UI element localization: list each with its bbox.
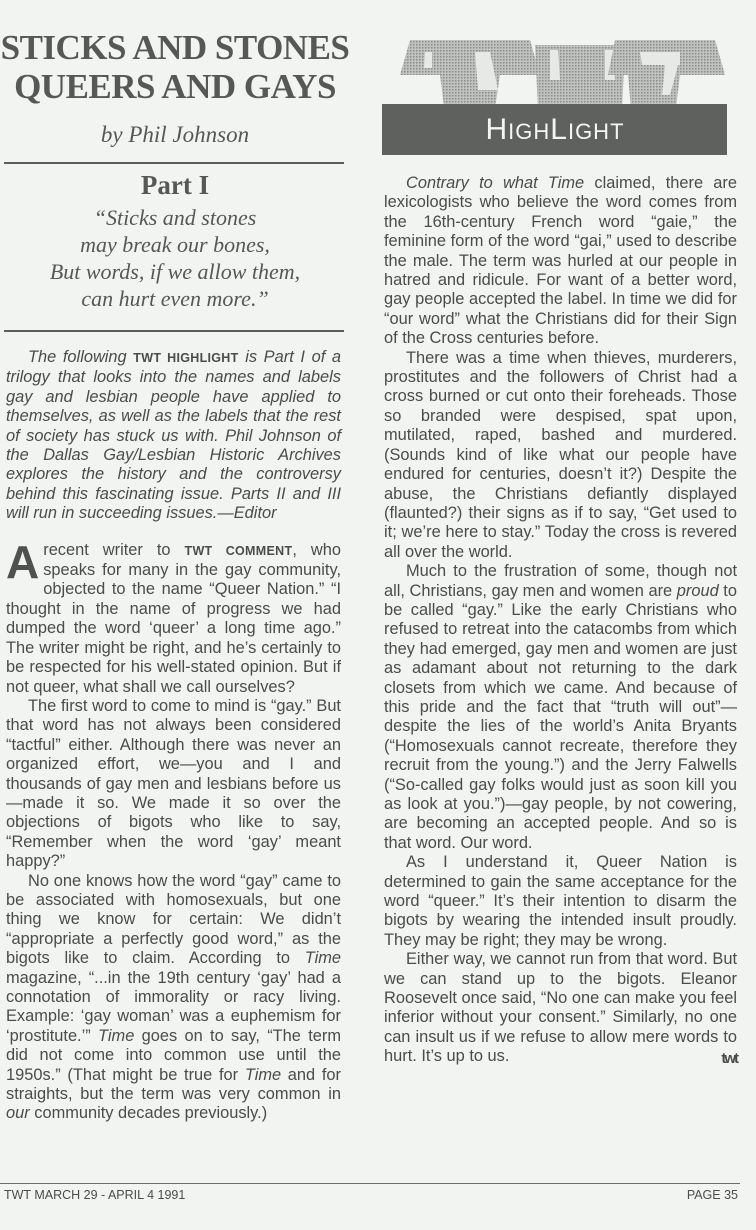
body-paragraph: As I understand it, Queer Nation is dete… [384,853,737,950]
body-paragraph: Contrary to what Time claimed, there are… [384,174,737,349]
epigraph: “Sticks and stones may break our bones, … [0,204,350,312]
epigraph-line: can hurt even more.” [0,285,350,312]
divider-top [4,162,344,164]
highlight-logo: HIGHLIGHT [380,20,756,170]
editor-intro: The following TWT HIGHLIGHT is Part I of… [6,348,341,524]
divider-bottom [4,330,344,332]
body-paragraph: The first word to come to mind is “gay.”… [6,697,341,872]
drop-cap: A [6,543,39,581]
headline-line-1: STICKS AND STONES [0,28,350,67]
footer-divider [0,1183,740,1184]
epigraph-line: “Sticks and stones [0,204,350,231]
left-column: The following TWT HIGHLIGHT is Part I of… [6,348,341,1124]
headline: STICKS AND STONES QUEERS AND GAYS [0,28,350,106]
body-paragraph: No one knows how the word “gay” came to … [6,872,341,1124]
body-paragraph: There was a time when thieves, murderers… [384,349,737,562]
body-paragraph: Either way, we cannot run from that word… [384,950,737,1066]
footer-issue-date: TWT MARCH 29 - APRIL 4 1991 [4,1188,185,1202]
footer-page-number: PAGE 35 [687,1188,738,1202]
body-paragraph: A recent writer to TWT COMMENT, who spea… [6,541,341,697]
part-heading: Part I [0,170,350,201]
logo-wordmark: HIGHLIGHT [380,104,730,155]
brand-name: TWT COMMENT [185,544,293,558]
body-paragraph: Much to the frustration of some, though … [384,562,737,853]
brand-name: TWT HIGHLIGHT [133,351,238,365]
byline: by Phil Johnson [0,122,350,148]
end-mark-icon: twt [699,1049,737,1068]
epigraph-line: But words, if we allow them, [0,258,350,285]
right-column: Contrary to what Time claimed, there are… [384,174,737,1069]
magazine-page: STICKS AND STONES QUEERS AND GAYS by Phi… [0,0,756,1230]
epigraph-line: may break our bones, [0,231,350,258]
headline-line-2: QUEERS AND GAYS [0,67,350,106]
